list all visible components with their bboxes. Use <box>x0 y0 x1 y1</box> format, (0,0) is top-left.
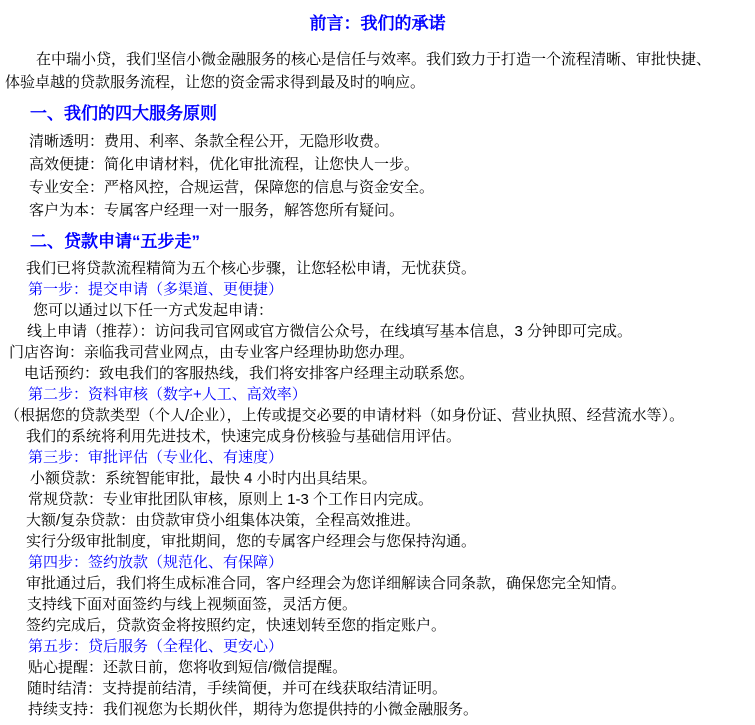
body-line: 审批通过后，我们将生成标准合同，客户经理会为您详细解读合同条款，确保您完全知情。 <box>0 573 755 594</box>
body-line: 小额贷款：系统智能审批，最快 4 小时内出具结果。 <box>0 468 755 489</box>
body-line: 我们的系统将利用先进技术，快速完成身份核验与基础信用评估。 <box>0 426 755 447</box>
body-line: 大额/复杂贷款：由贷款审贷小组集体决策，全程高效推进。 <box>0 510 755 531</box>
body-line: 常规贷款：专业审批团队审核，原则上 1-3 个工作日内完成。 <box>0 489 755 510</box>
document-body: 前言：我们的承诺在中瑞小贷，我们坚信小微金融服务的核心是信任与效率。我们致力于打… <box>0 12 755 720</box>
body-line: （根据您的贷款类型（个人/企业），上传或提交必要的申请材料（如身份证、营业执照、… <box>0 405 755 426</box>
body-line: 体验卓越的贷款服务流程，让您的资金需求得到最及时的响应。 <box>0 71 755 94</box>
body-line: 随时结清：支持提前结清，手续简便，并可在线获取结清证明。 <box>0 678 755 699</box>
section-heading: 二、贷款申请“五步走” <box>0 230 755 254</box>
step-heading: 第三步：审批评估（专业化、有速度） <box>0 447 755 468</box>
body-line: 线上申请（推荐）：访问我司官网或官方微信公众号，在线填写基本信息，3 分钟即可完… <box>0 321 755 342</box>
body-line: 门店咨询：亲临我司营业网点，由专业客户经理协助您办理。 <box>0 342 755 363</box>
document-page: 前言：我们的承诺在中瑞小贷，我们坚信小微金融服务的核心是信任与效率。我们致力于打… <box>0 0 755 725</box>
step-heading: 第二步：资料审核（数字+人工、高效率） <box>0 384 755 405</box>
body-line: 专业安全：严格风控，合规运营，保障您的信息与资金安全。 <box>0 176 755 199</box>
body-line: 实行分级审批制度，审批期间，您的专属客户经理会与您保持沟通。 <box>0 531 755 552</box>
section-heading: 一、我们的四大服务原则 <box>0 102 755 126</box>
body-line: 支持线下面对面签约与线上视频面签，灵活方便。 <box>0 594 755 615</box>
step-heading: 第一步：提交申请（多渠道、更便捷） <box>0 279 755 300</box>
body-line: 持续支持：我们视您为长期伙伴，期待为您提供持的小微金融服务。 <box>0 699 755 720</box>
page-title: 前言：我们的承诺 <box>0 12 755 36</box>
body-line: 您可以通过以下任一方式发起申请： <box>0 300 755 321</box>
body-line: 我们已将贷款流程精简为五个核心步骤，让您轻松申请，无忧获贷。 <box>0 258 755 279</box>
body-line: 签约完成后，贷款资金将按照约定，快速划转至您的指定账户。 <box>0 615 755 636</box>
body-line: 清晰透明：费用、利率、条款全程公开，无隐形收费。 <box>0 130 755 153</box>
step-heading: 第四步：签约放款（规范化、有保障） <box>0 552 755 573</box>
body-line: 电话预约：致电我们的客服热线，我们将安排客户经理主动联系您。 <box>0 363 755 384</box>
body-line: 在中瑞小贷，我们坚信小微金融服务的核心是信任与效率。我们致力于打造一个流程清晰、… <box>0 48 755 71</box>
body-line: 贴心提醒：还款日前，您将收到短信/微信提醒。 <box>0 657 755 678</box>
body-line: 客户为本：专属客户经理一对一服务，解答您所有疑问。 <box>0 199 755 222</box>
step-heading: 第五步：贷后服务（全程化、更安心） <box>0 636 755 657</box>
body-line: 高效便捷：简化申请材料，优化审批流程，让您快人一步。 <box>0 153 755 176</box>
